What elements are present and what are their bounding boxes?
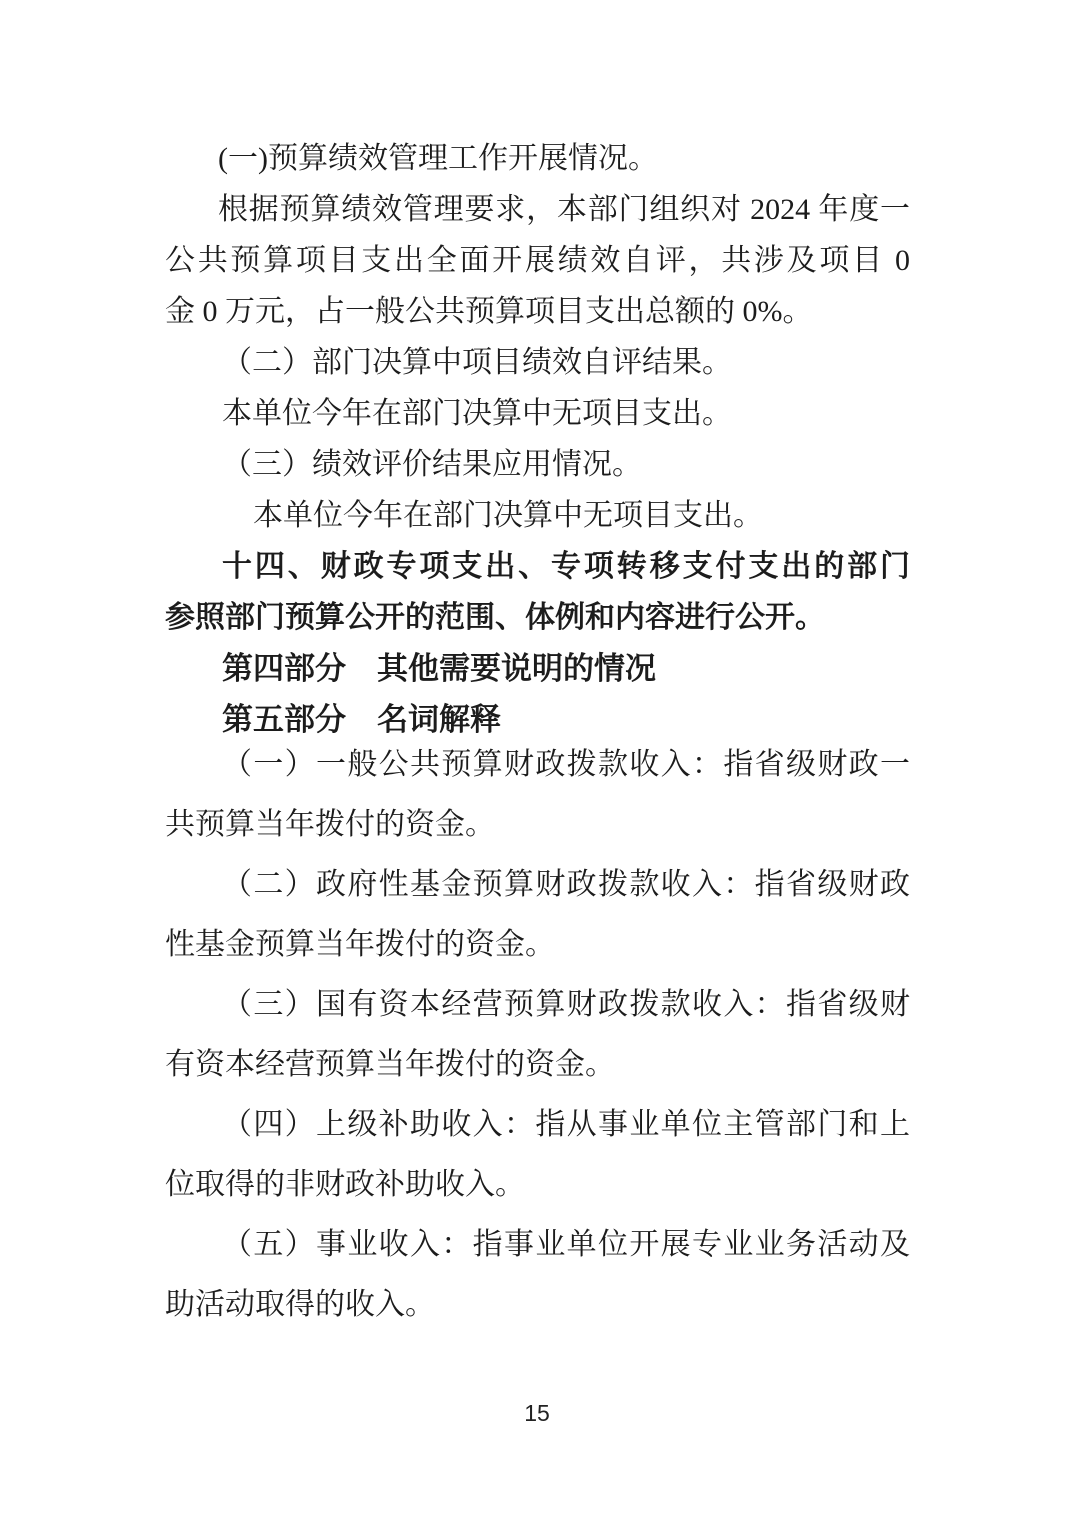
page-number: 15: [0, 1400, 1074, 1427]
glossary-section: （一）一般公共预算财政拨款收入：指省级财政一般公 共预算当年拨付的资金。 （二）…: [165, 735, 910, 1335]
glossary-def1-line2: 共预算当年拨付的资金。: [165, 795, 910, 855]
item1-heading: (一)预算绩效管理工作开展情况。: [165, 133, 910, 184]
glossary-def1-line1: （一）一般公共预算财政拨款收入：指省级财政一般公: [165, 735, 910, 795]
glossary-def3-line1: （三）国有资本经营预算财政拨款收入：指省级财政国: [165, 975, 910, 1035]
document-page: (一)预算绩效管理工作开展情况。 根据预算绩效管理要求，本部门组织对 2024 …: [0, 0, 1074, 1520]
item2-body: 本单位今年在部门决算中无项目支出。: [165, 388, 910, 439]
glossary-def5-line1: （五）事业收入：指事业单位开展专业业务活动及其辅: [165, 1215, 910, 1275]
glossary-def2-line2: 性基金预算当年拨付的资金。: [165, 915, 910, 975]
item14-statement-line1: 十四、财政专项支出、专项转移支付支出的部门（单位）: [165, 541, 910, 592]
item14-statement-line2: 参照部门预算公开的范围、体例和内容进行公开。: [165, 592, 910, 643]
glossary-def2-line1: （二）政府性基金预算财政拨款收入：指省级财政政府: [165, 855, 910, 915]
part4-heading: 第四部分 其他需要说明的情况: [165, 643, 910, 694]
budget-performance-section: (一)预算绩效管理工作开展情况。 根据预算绩效管理要求，本部门组织对 2024 …: [165, 133, 910, 745]
glossary-def3-line2: 有资本经营预算当年拨付的资金。: [165, 1035, 910, 1095]
glossary-def5-line2: 助活动取得的收入。: [165, 1275, 910, 1335]
item3-body: 本单位今年在部门决算中无项目支出。: [165, 490, 910, 541]
glossary-def4-line1: （四）上级补助收入：指从事业单位主管部门和上级单: [165, 1095, 910, 1155]
item1-paragraph-line1: 根据预算绩效管理要求，本部门组织对 2024 年度一般: [165, 184, 910, 235]
item1-paragraph-line3: 金 0 万元，占一般公共预算项目支出总额的 0%。: [165, 286, 910, 337]
item2-heading: （二）部门决算中项目绩效自评结果。: [165, 337, 910, 388]
glossary-def4-line2: 位取得的非财政补助收入。: [165, 1155, 910, 1215]
item1-paragraph-line2: 公共预算项目支出全面开展绩效自评，共涉及项目 0 个，资: [165, 235, 910, 286]
item3-heading: （三）绩效评价结果应用情况。: [165, 439, 910, 490]
